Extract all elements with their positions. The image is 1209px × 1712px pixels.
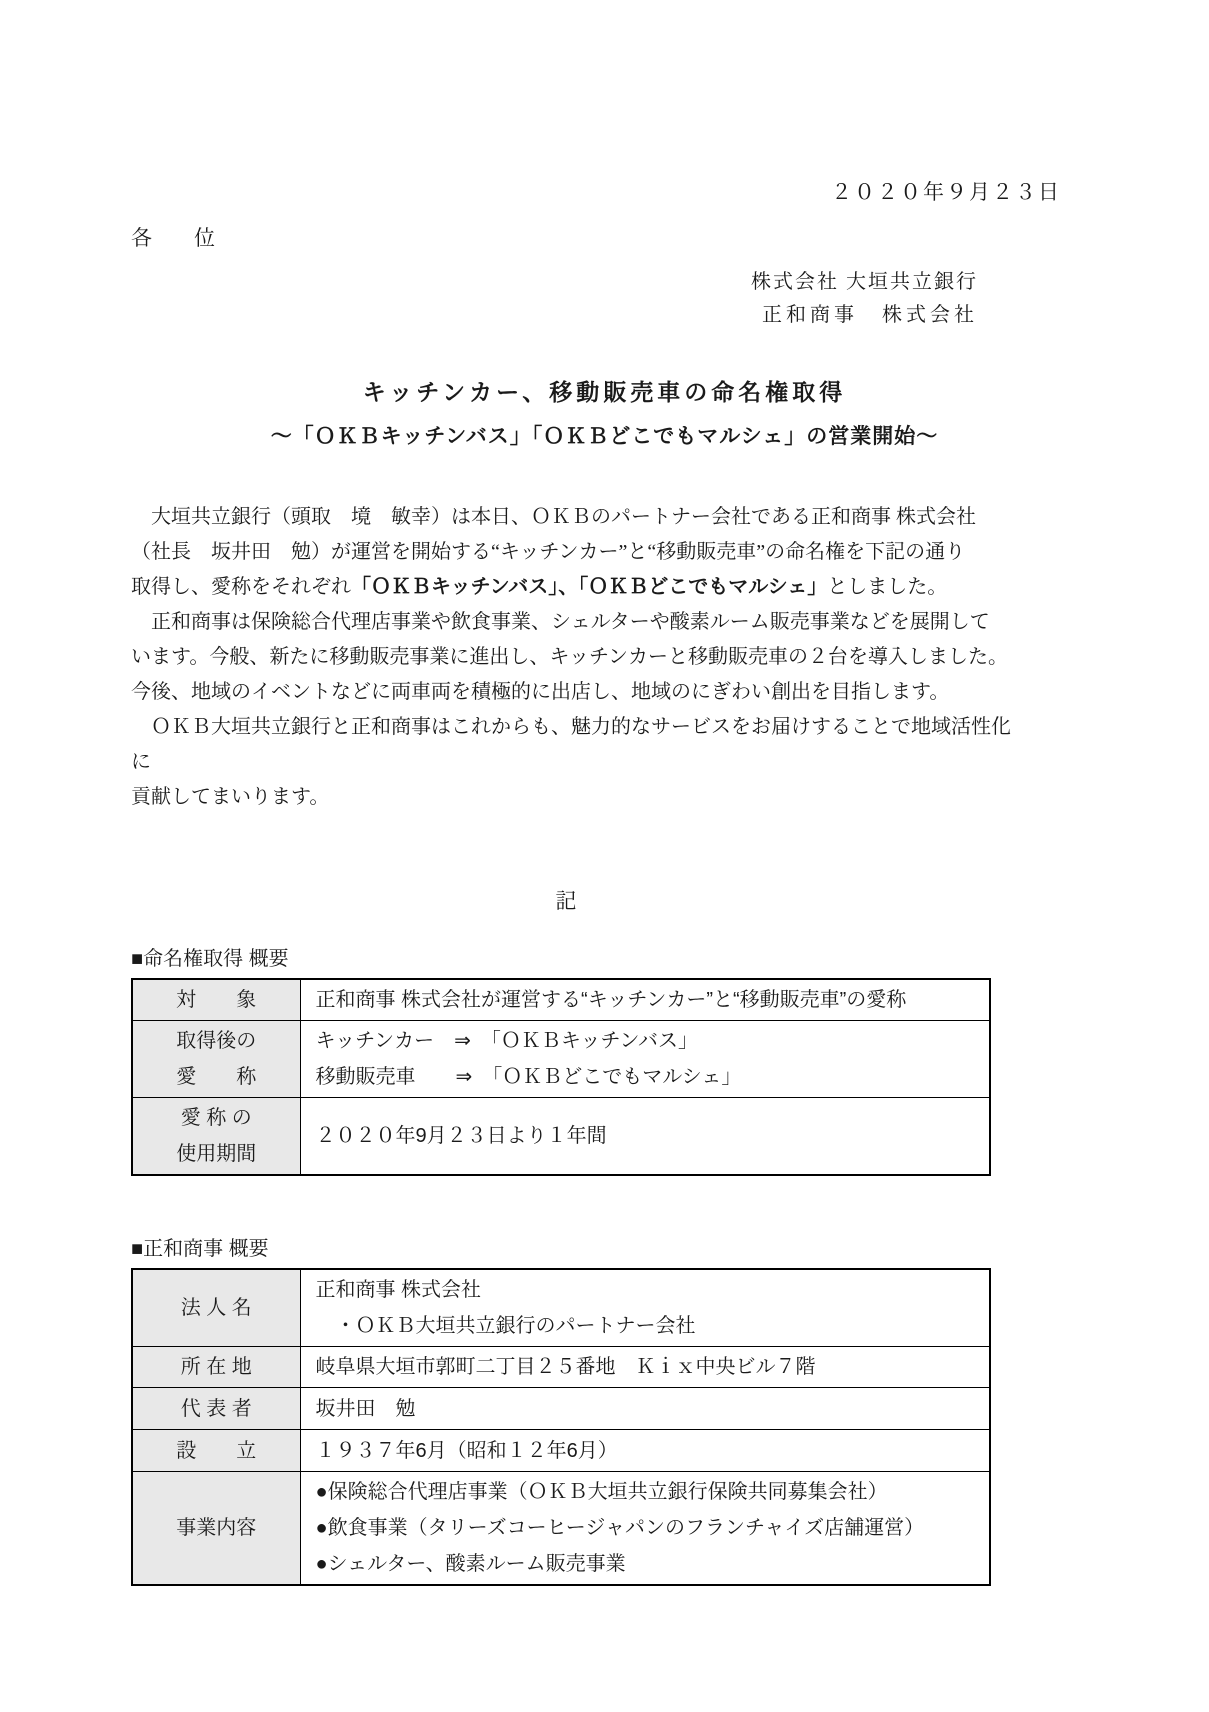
paragraph-line: 正和商事は保険総合代理店事業や飲食事業、シェルターや酸素ルーム販売事業などを展開…	[131, 605, 1011, 640]
table-row-business: 事業内容 ●保険総合代理店事業（ＯＫＢ大垣共立銀行保険共同募集会社） ●飲食事業…	[132, 1472, 990, 1586]
paragraph-line: 今後、地域のイベントなどに両車両を積極的に出店し、地域のにぎわい創出を目指します…	[131, 675, 1011, 710]
row-value: キッチンカー ⇒ 「ＯＫＢキッチンバス」 移動販売車 ⇒ 「ＯＫＢどこでもマルシ…	[300, 1021, 990, 1098]
paragraph-line: ＯＫＢ大垣共立銀行と正和商事はこれからも、魅力的なサービスをお届けすることで地域…	[131, 710, 1011, 780]
row-label: 取得後の 愛 称	[132, 1021, 300, 1098]
row-label: 事業内容	[132, 1472, 300, 1586]
sender-company-shoji: 正和商事 株式会社	[0, 299, 978, 332]
paragraph-line: （社長 坂井田 勉）が運営を開始する“キッチンカー”と“移動販売車”の命名権を下…	[131, 535, 1011, 570]
value-text: ●保険総合代理店事業（ＯＫＢ大垣共立銀行保険共同募集会社）	[316, 1474, 986, 1510]
value-text: キッチンカー ⇒ 「ＯＫＢキッチンバス」	[316, 1023, 986, 1059]
paragraph-line: 取得し、愛称をそれぞれ「ＯＫＢキッチンバス」、「ＯＫＢどこでもマルシェ」としまし…	[131, 570, 1011, 605]
table-row-address: 所 在 地 岐阜県大垣市郭町二丁目２５番地 Ｋｉｘ中央ビル７階	[132, 1347, 990, 1388]
value-text: ２０２０年9月２３日より１年間	[316, 1118, 986, 1154]
value-text: 正和商事 株式会社が運営する“キッチンカー”と“移動販売車”の愛称	[316, 982, 986, 1018]
label-text: 愛 称 の	[137, 1100, 296, 1136]
label-text: 設 立	[137, 1433, 296, 1469]
ki-marker: 記	[131, 885, 1001, 915]
addressee: 各 位	[131, 222, 1209, 252]
value-text: 移動販売車 ⇒ 「ＯＫＢどこでもマルシェ」	[316, 1059, 986, 1095]
body-text: 大垣共立銀行（頭取 境 敏幸）は本日、ＯＫＢのパートナー会社である正和商事 株式…	[131, 500, 1011, 815]
value-text: ・ＯＫＢ大垣共立銀行のパートナー会社	[316, 1308, 986, 1344]
row-label: 愛 称 の 使用期間	[132, 1098, 300, 1176]
company-profile-table: 法 人 名 正和商事 株式会社 ・ＯＫＢ大垣共立銀行のパートナー会社 所 在 地…	[131, 1268, 991, 1586]
paragraph-line: 大垣共立銀行（頭取 境 敏幸）は本日、ＯＫＢのパートナー会社である正和商事 株式…	[131, 500, 1011, 535]
label-text: 所 在 地	[137, 1349, 296, 1385]
value-text: 岐阜県大垣市郭町二丁目２５番地 Ｋｉｘ中央ビル７階	[316, 1349, 986, 1385]
row-value: 正和商事 株式会社 ・ＯＫＢ大垣共立銀行のパートナー会社	[300, 1269, 990, 1347]
label-text: 対 象	[137, 982, 296, 1018]
press-release-page: ２０２０年９月２３日 各 位 株式会社 大垣共立銀行 正和商事 株式会社 キッチ…	[0, 0, 1209, 1712]
value-text: 坂井田 勉	[316, 1391, 986, 1427]
row-label: 所 在 地	[132, 1347, 300, 1388]
row-label: 対 象	[132, 979, 300, 1021]
sender-company-bank: 株式会社 大垣共立銀行	[0, 266, 978, 299]
table-row-established: 設 立 １９３７年6月（昭和１２年6月）	[132, 1430, 990, 1472]
section-heading-naming-rights: ■命名権取得 概要	[131, 942, 1209, 971]
table-row-target: 対 象 正和商事 株式会社が運営する“キッチンカー”と“移動販売車”の愛称	[132, 979, 990, 1021]
title-block: キッチンカー、移動販売車の命名権取得 ～「ＯＫＢキッチンバス」「ＯＫＢどこでもマ…	[0, 374, 1209, 450]
page-title: キッチンカー、移動販売車の命名権取得	[0, 374, 1209, 407]
table-row-corporate-name: 法 人 名 正和商事 株式会社 ・ＯＫＢ大垣共立銀行のパートナー会社	[132, 1269, 990, 1347]
page-subtitle: ～「ＯＫＢキッチンバス」「ＯＫＢどこでもマルシェ」の営業開始～	[0, 420, 1209, 450]
row-label: 法 人 名	[132, 1269, 300, 1347]
row-value: 正和商事 株式会社が運営する“キッチンカー”と“移動販売車”の愛称	[300, 979, 990, 1021]
nickname-text: 「ＯＫＢキッチンバス」、「ＯＫＢどこでもマルシェ」	[351, 576, 827, 598]
table-row-representative: 代 表 者 坂井田 勉	[132, 1388, 990, 1430]
row-value: 岐阜県大垣市郭町二丁目２５番地 Ｋｉｘ中央ビル７階	[300, 1347, 990, 1388]
label-text: 代 表 者	[137, 1391, 296, 1427]
row-value: 坂井田 勉	[300, 1388, 990, 1430]
row-value: ●保険総合代理店事業（ＯＫＢ大垣共立銀行保険共同募集会社） ●飲食事業（タリーズ…	[300, 1472, 990, 1586]
label-text: 使用期間	[137, 1136, 296, 1172]
value-text: ●飲食事業（タリーズコーヒージャパンのフランチャイズ店舗運営）	[316, 1510, 986, 1546]
value-text: １９３７年6月（昭和１２年6月）	[316, 1433, 986, 1469]
label-text: 事業内容	[137, 1510, 296, 1546]
value-text: ●シェルター、酸素ルーム販売事業	[316, 1546, 986, 1582]
value-text: 正和商事 株式会社	[316, 1272, 986, 1308]
line-text: としました。	[827, 576, 947, 598]
naming-rights-table: 対 象 正和商事 株式会社が運営する“キッチンカー”と“移動販売車”の愛称 取得…	[131, 978, 991, 1176]
section-heading-company-profile: ■正和商事 概要	[131, 1232, 1209, 1261]
table-row-period: 愛 称 の 使用期間 ２０２０年9月２３日より１年間	[132, 1098, 990, 1176]
paragraph-line: 貢献してまいります。	[131, 780, 1011, 815]
row-value: ２０２０年9月２３日より１年間	[300, 1098, 990, 1176]
sender-block: 株式会社 大垣共立銀行 正和商事 株式会社	[0, 266, 978, 332]
document-date: ２０２０年９月２３日	[0, 0, 1061, 206]
label-text: 法 人 名	[137, 1290, 296, 1326]
label-text: 取得後の	[137, 1023, 296, 1059]
paragraph-line: います。今般、新たに移動販売事業に進出し、キッチンカーと移動販売車の２台を導入し…	[131, 640, 1011, 675]
row-label: 代 表 者	[132, 1388, 300, 1430]
table-row-nicknames: 取得後の 愛 称 キッチンカー ⇒ 「ＯＫＢキッチンバス」 移動販売車 ⇒ 「Ｏ…	[132, 1021, 990, 1098]
row-label: 設 立	[132, 1430, 300, 1472]
line-text: 取得し、愛称をそれぞれ	[131, 576, 351, 598]
label-text: 愛 称	[137, 1059, 296, 1095]
row-value: １９３７年6月（昭和１２年6月）	[300, 1430, 990, 1472]
